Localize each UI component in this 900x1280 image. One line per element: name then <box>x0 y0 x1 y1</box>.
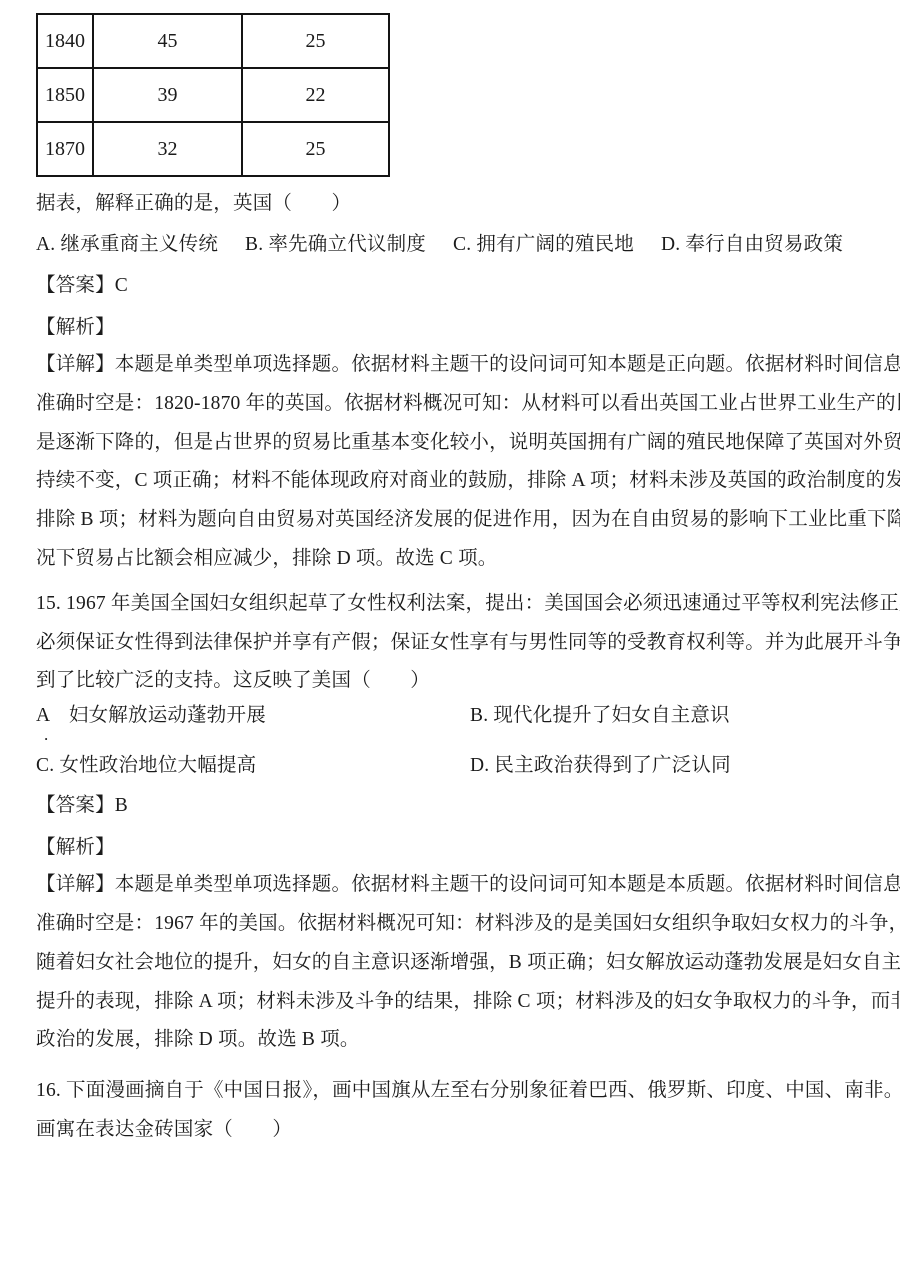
q16-stem-line: 画寓在表达金砖国家（ ） <box>36 1111 866 1150</box>
q15-option-b: B. 现代化提升了妇女自主意识 <box>470 703 730 729</box>
q15-explanation-line: 提升的表现，排除 A 项；材料未涉及斗争的结果，排除 C 项；材料涉及的妇女争取… <box>36 983 866 1022</box>
q15-options-row-1: A 妇女解放运动蓬勃开展 B. 现代化提升了妇女自主意识 <box>36 703 866 729</box>
q14-explanation-line: 况下贸易占比额会相应减少，排除 D 项。故选 C 项。 <box>36 540 866 579</box>
q15-stem-line: 15. 1967 年美国全国妇女组织起草了女性权利法案，提出：美国国会必须迅速通… <box>36 585 866 624</box>
table-cell-year: 1850 <box>37 68 93 122</box>
statistics-table: 1840 45 25 1850 39 22 1870 32 25 <box>36 13 390 177</box>
table-row: 1850 39 22 <box>37 68 389 122</box>
q14-option-a: A. 继承重商主义传统 <box>36 232 218 258</box>
q15-option-d: D. 民主政治获得到了广泛认同 <box>470 753 731 779</box>
q14-explanation-line: 排除 B 项；材料为题向自由贸易对英国经济发展的促进作用，因为在自由贸易的影响下… <box>36 501 866 540</box>
q15-stray-period: . <box>36 729 866 741</box>
q14-explanation: 【详解】本题是单类型单项选择题。依据材料主题干的设问词可知本题是正向题。依据材料… <box>36 346 866 579</box>
q16-stem: 16. 下面漫画摘自于《中国日报》，画中国旗从左至右分别象征着巴西、俄罗斯、印度… <box>36 1072 866 1150</box>
q14-option-b: B. 率先确立代议制度 <box>245 232 426 258</box>
table-cell-year: 1870 <box>37 122 93 176</box>
exam-page: 1840 45 25 1850 39 22 1870 32 25 据表，解释正确… <box>0 0 900 1280</box>
q15-stem-line: 到了比较广泛的支持。这反映了美国（ ） <box>36 662 866 701</box>
q15-explanation-line: 准确时空是：1967 年的美国。依据材料概况可知：材料涉及的是美国妇女组织争取妇… <box>36 905 866 944</box>
q15-option-c: C. 女性政治地位大幅提高 <box>36 753 470 779</box>
table-cell-trade: 25 <box>242 14 389 68</box>
q14-explanation-line: 【详解】本题是单类型单项选择题。依据材料主题干的设问词可知本题是正向题。依据材料… <box>36 346 866 385</box>
q14-options: A. 继承重商主义传统 B. 率先确立代议制度 C. 拥有广阔的殖民地 D. 奉… <box>36 232 866 258</box>
q14-option-c: C. 拥有广阔的殖民地 <box>453 232 634 258</box>
table-cell-industry: 45 <box>93 14 242 68</box>
q15-explanation-line: 政治的发展，排除 D 项。故选 B 项。 <box>36 1021 866 1060</box>
table-row: 1870 32 25 <box>37 122 389 176</box>
q15-explanation: 【详解】本题是单类型单项选择题。依据材料主题干的设问词可知本题是本质题。依据材料… <box>36 866 866 1060</box>
q15-analysis: 【解析】 <box>36 835 866 861</box>
q15-answer: 【答案】B <box>36 793 866 819</box>
q14-explanation-line: 持续不变，C 项正确；材料不能体现政府对商业的鼓励，排除 A 项；材料未涉及英国… <box>36 462 866 501</box>
table-cell-industry: 39 <box>93 68 242 122</box>
q15-stem: 15. 1967 年美国全国妇女组织起草了女性权利法案，提出：美国国会必须迅速通… <box>36 585 866 701</box>
table-cell-industry: 32 <box>93 122 242 176</box>
q14-answer: 【答案】C <box>36 273 866 299</box>
table-cell-trade: 25 <box>242 122 389 176</box>
q15-options-row-2: C. 女性政治地位大幅提高 D. 民主政治获得到了广泛认同 <box>36 753 866 779</box>
table-cell-year: 1840 <box>37 14 93 68</box>
q15-option-a: A 妇女解放运动蓬勃开展 <box>36 703 470 729</box>
q14-explanation-line: 准确时空是：1820-1870 年的英国。依据材料概况可知：从材料可以看出英国工… <box>36 385 866 424</box>
q15-explanation-line: 【详解】本题是单类型单项选择题。依据材料主题干的设问词可知本题是本质题。依据材料… <box>36 866 866 905</box>
table-cell-trade: 22 <box>242 68 389 122</box>
q14-explanation-line: 是逐渐下降的，但是占世界的贸易比重基本变化较小，说明英国拥有广阔的殖民地保障了英… <box>36 424 866 463</box>
q15-explanation-line: 随着妇女社会地位的提升，妇女的自主意识逐渐增强，B 项正确；妇女解放运动蓬勃发展… <box>36 944 866 983</box>
q15-stem-line: 必须保证女性得到法律保护并享有产假；保证女性享有与男性同等的受教育权利等。并为此… <box>36 624 866 663</box>
q16-stem-line: 16. 下面漫画摘自于《中国日报》，画中国旗从左至右分别象征着巴西、俄罗斯、印度… <box>36 1072 866 1111</box>
q14-analysis: 【解析】 <box>36 315 866 341</box>
q14-option-d: D. 奉行自由贸易政策 <box>661 232 843 258</box>
q14-stem: 据表，解释正确的是，英国（ ） <box>36 191 866 217</box>
table-row: 1840 45 25 <box>37 14 389 68</box>
